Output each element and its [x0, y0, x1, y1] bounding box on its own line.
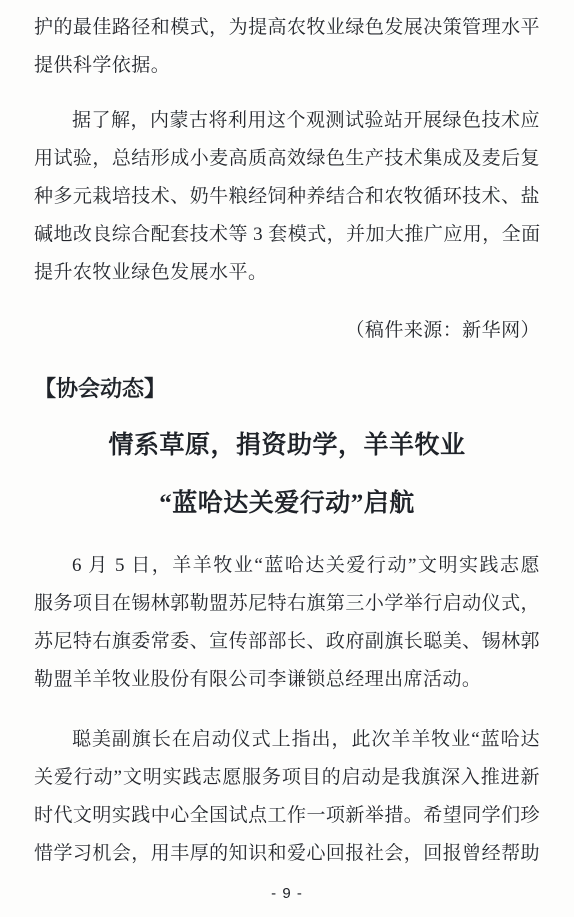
body-line: 提升农牧业绿色发展水平。 — [34, 254, 540, 292]
body-line: 种多元栽培技术、奶牛粮经饲种养结合和农牧循环技术、盐 — [34, 178, 540, 216]
paragraph-4: 聪美副旗长在启动仪式上指出，此次羊羊牧业“蓝哈达 关爱行动”文明实践志愿服务项目… — [34, 721, 540, 873]
section-header: 【协会动态】 — [34, 370, 540, 408]
body-line: 6 月 5 日，羊羊牧业“蓝哈达关爱行动”文明实践志愿 — [34, 547, 540, 585]
body-line: 时代文明实践中心全国试点工作一项新举措。希望同学们珍 — [34, 797, 540, 835]
body-line: 关爱行动”文明实践志愿服务项目的启动是我旗深入推进新 — [34, 759, 540, 797]
document-page: 护的最佳路径和模式，为提高农牧业绿色发展决策管理水平 提供科学依据。 据了解，内… — [0, 0, 574, 917]
body-line: 用试验，总结形成小麦高质高效绿色生产技术集成及麦后复 — [34, 140, 540, 178]
body-line: 护的最佳路径和模式，为提高农牧业绿色发展决策管理水平 — [34, 9, 540, 47]
body-line: 苏尼特右旗委常委、宣传部部长、政府副旗长聪美、锡林郭 — [34, 623, 540, 661]
paragraph-1: 护的最佳路径和模式，为提高农牧业绿色发展决策管理水平 提供科学依据。 — [34, 9, 540, 85]
article-title-line: “蓝哈达关爱行动”启航 — [34, 475, 540, 533]
body-line: 提供科学依据。 — [34, 47, 540, 85]
body-line: 惜学习机会，用丰厚的知识和爱心回报社会，回报曾经帮助 — [34, 835, 540, 873]
paragraph-2: 据了解，内蒙古将利用这个观测试验站开展绿色技术应 用试验，总结形成小麦高质高效绿… — [34, 102, 540, 292]
body-line: 据了解，内蒙古将利用这个观测试验站开展绿色技术应 — [34, 102, 540, 140]
body-line: 服务项目在锡林郭勒盟苏尼特右旗第三小学举行启动仪式， — [34, 585, 540, 623]
article-title: 情系草原，捐资助学，羊羊牧业 “蓝哈达关爱行动”启航 — [34, 417, 540, 533]
paragraph-3: 6 月 5 日，羊羊牧业“蓝哈达关爱行动”文明实践志愿 服务项目在锡林郭勒盟苏尼… — [34, 547, 540, 699]
page-number: - 9 - — [34, 886, 540, 902]
source-credit: （稿件来源：新华网） — [34, 312, 540, 350]
body-line: 聪美副旗长在启动仪式上指出，此次羊羊牧业“蓝哈达 — [34, 721, 540, 759]
body-line: 勒盟羊羊牧业股份有限公司李谦锁总经理出席活动。 — [34, 661, 540, 699]
article-title-line: 情系草原，捐资助学，羊羊牧业 — [34, 417, 540, 475]
body-line: 碱地改良综合配套技术等 3 套模式，并加大推广应用，全面 — [34, 216, 540, 254]
